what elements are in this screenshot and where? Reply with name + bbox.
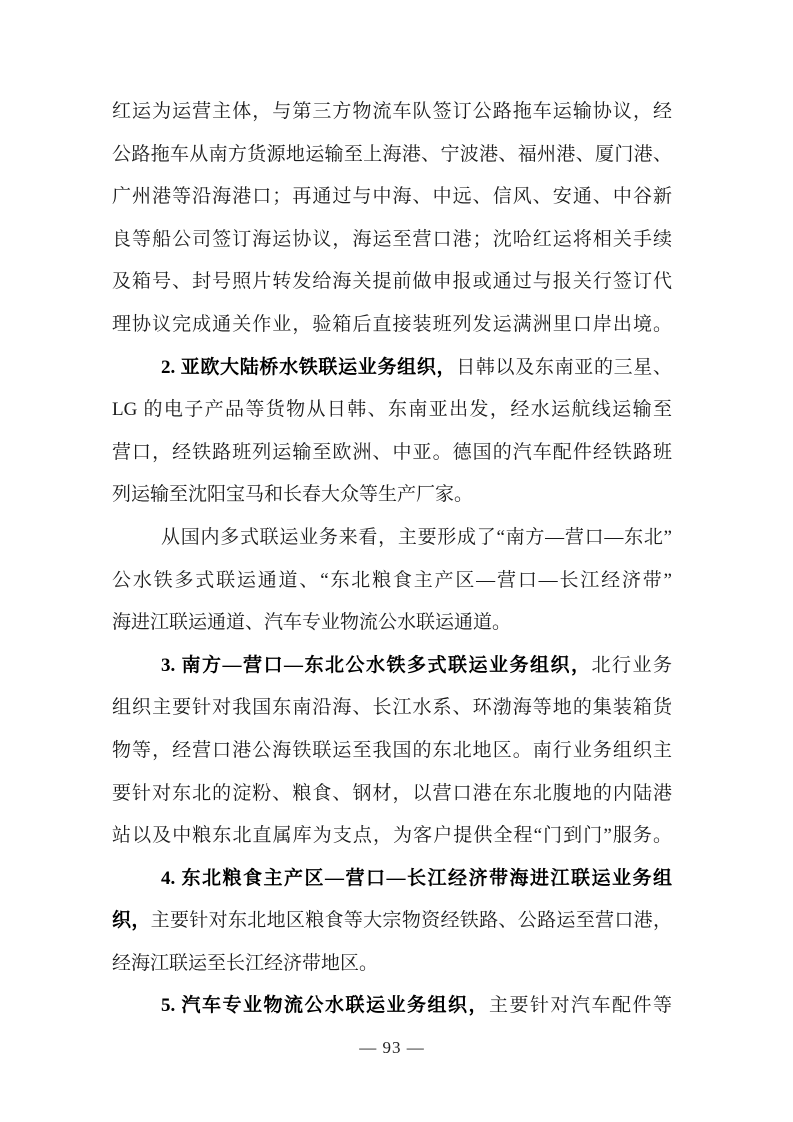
page-number: — 93 — <box>112 1036 672 1060</box>
text-line: 组织主要针对我国东南沿海、长江水系、环渤海等地的集装箱货 <box>112 687 672 730</box>
text-line: 理协议完成通关作业，验箱后直接装班列发运满洲里口岸出境。 <box>112 304 672 347</box>
text-run: 公水铁多式联运通道、“东北粮食主产区—营口—长江经济带” <box>112 570 672 591</box>
text-run: 从国内多式联运业务来看，主要形成了“南方—营口—东北” <box>161 527 672 548</box>
text-line: 良等船公司签订海运协议，海运至营口港；沈哈红运将相关手续 <box>112 219 672 262</box>
text-run: 公路拖车从南方货源地运输至上海港、宁波港、福州港、厦门港、 <box>112 144 672 165</box>
text-run: 营口，经铁路班列运输至欧洲、中亚。德国的汽车配件经铁路班 <box>112 442 672 463</box>
text-run-bold: 3. 南方—营口—东北公水铁多式联运业务组织， <box>161 655 591 676</box>
text-line: LG 的电子产品等货物从日韩、东南亚出发，经水运航线运输至 <box>112 389 672 432</box>
text-line: 织，主要针对东北地区粮食等大宗物资经铁路、公路运至营口港， <box>112 900 672 943</box>
text-line: 从国内多式联运业务来看，主要形成了“南方—营口—东北” <box>112 517 672 560</box>
text-run: 北行业务 <box>591 655 672 676</box>
text-run: 海进江联运通道、汽车专业物流公水联运通道。 <box>112 612 511 633</box>
text-run-bold: 4. 东北粮食主产区—营口—长江经济带海进江联运业务组 <box>161 868 672 889</box>
text-run: 要针对东北的淀粉、粮食、钢材，以营口港在东北腹地的内陆港 <box>112 783 672 804</box>
document-page: 红运为运营主体，与第三方物流车队签订公路拖车运输协议，经公路拖车从南方货源地运输… <box>0 0 793 1122</box>
text-run: 物等，经营口港公海铁联运至我国的东北地区。南行业务组织主 <box>112 740 672 761</box>
text-line: 广州港等沿海港口；再通过与中海、中远、信风、安通、中谷新 <box>112 176 672 219</box>
text-run: LG 的电子产品等货物从日韩、东南亚出发，经水运航线运输至 <box>112 399 672 420</box>
text-run: 主要针对汽车配件等 <box>489 995 672 1016</box>
text-line: 公路拖车从南方货源地运输至上海港、宁波港、福州港、厦门港、 <box>112 134 672 177</box>
text-run: 站以及中粮东北直属库为支点，为客户提供全程“门到门”服务。 <box>112 825 672 846</box>
text-line: 海进江联运通道、汽车专业物流公水联运通道。 <box>112 602 672 645</box>
text-run: 组织主要针对我国东南沿海、长江水系、环渤海等地的集装箱货 <box>112 697 672 718</box>
text-line: 经海江联运至长江经济带地区。 <box>112 943 672 986</box>
text-run-bold: 5. 汽车专业物流公水联运业务组织， <box>161 995 489 1016</box>
text-line: 5. 汽车专业物流公水联运业务组织，主要针对汽车配件等 <box>112 985 672 1028</box>
text-line: 3. 南方—营口—东北公水铁多式联运业务组织，北行业务 <box>112 645 672 688</box>
text-line: 站以及中粮东北直属库为支点，为客户提供全程“门到门”服务。 <box>112 815 672 858</box>
text-line: 营口，经铁路班列运输至欧洲、中亚。德国的汽车配件经铁路班 <box>112 432 672 475</box>
text-block: 红运为运营主体，与第三方物流车队签订公路拖车运输协议，经公路拖车从南方货源地运输… <box>112 91 672 1028</box>
text-run: 主要针对东北地区粮食等大宗物资经铁路、公路运至营口港， <box>151 910 672 931</box>
text-line: 2. 亚欧大陆桥水铁联运业务组织，日韩以及东南亚的三星、 <box>112 347 672 390</box>
text-run: 及箱号、封号照片转发给海关提前做申报或通过与报关行签订代 <box>112 271 672 292</box>
text-line: 要针对东北的淀粉、粮食、钢材，以营口港在东北腹地的内陆港 <box>112 773 672 816</box>
text-line: 物等，经营口港公海铁联运至我国的东北地区。南行业务组织主 <box>112 730 672 773</box>
text-line: 公水铁多式联运通道、“东北粮食主产区—营口—长江经济带” <box>112 560 672 603</box>
text-line: 红运为运营主体，与第三方物流车队签订公路拖车运输协议，经 <box>112 91 672 134</box>
text-run: 红运为运营主体，与第三方物流车队签订公路拖车运输协议，经 <box>112 101 672 122</box>
text-run-bold: 织， <box>112 910 151 931</box>
text-run: 列运输至沈阳宝马和长春大众等生产厂家。 <box>112 484 473 505</box>
text-run: 良等船公司签订海运协议，海运至营口港；沈哈红运将相关手续 <box>112 229 672 250</box>
text-line: 4. 东北粮食主产区—营口—长江经济带海进江联运业务组 <box>112 858 672 901</box>
text-run: 经海江联运至长江经济带地区。 <box>112 953 378 974</box>
text-line: 及箱号、封号照片转发给海关提前做申报或通过与报关行签订代 <box>112 261 672 304</box>
text-run-bold: 2. 亚欧大陆桥水铁联运业务组织， <box>161 357 456 378</box>
text-run: 广州港等沿海港口；再通过与中海、中远、信风、安通、中谷新 <box>112 186 672 207</box>
text-line: 列运输至沈阳宝马和长春大众等生产厂家。 <box>112 474 672 517</box>
text-run: 理协议完成通关作业，验箱后直接装班列发运满洲里口岸出境。 <box>112 314 672 335</box>
text-run: 日韩以及东南亚的三星、 <box>456 357 672 378</box>
